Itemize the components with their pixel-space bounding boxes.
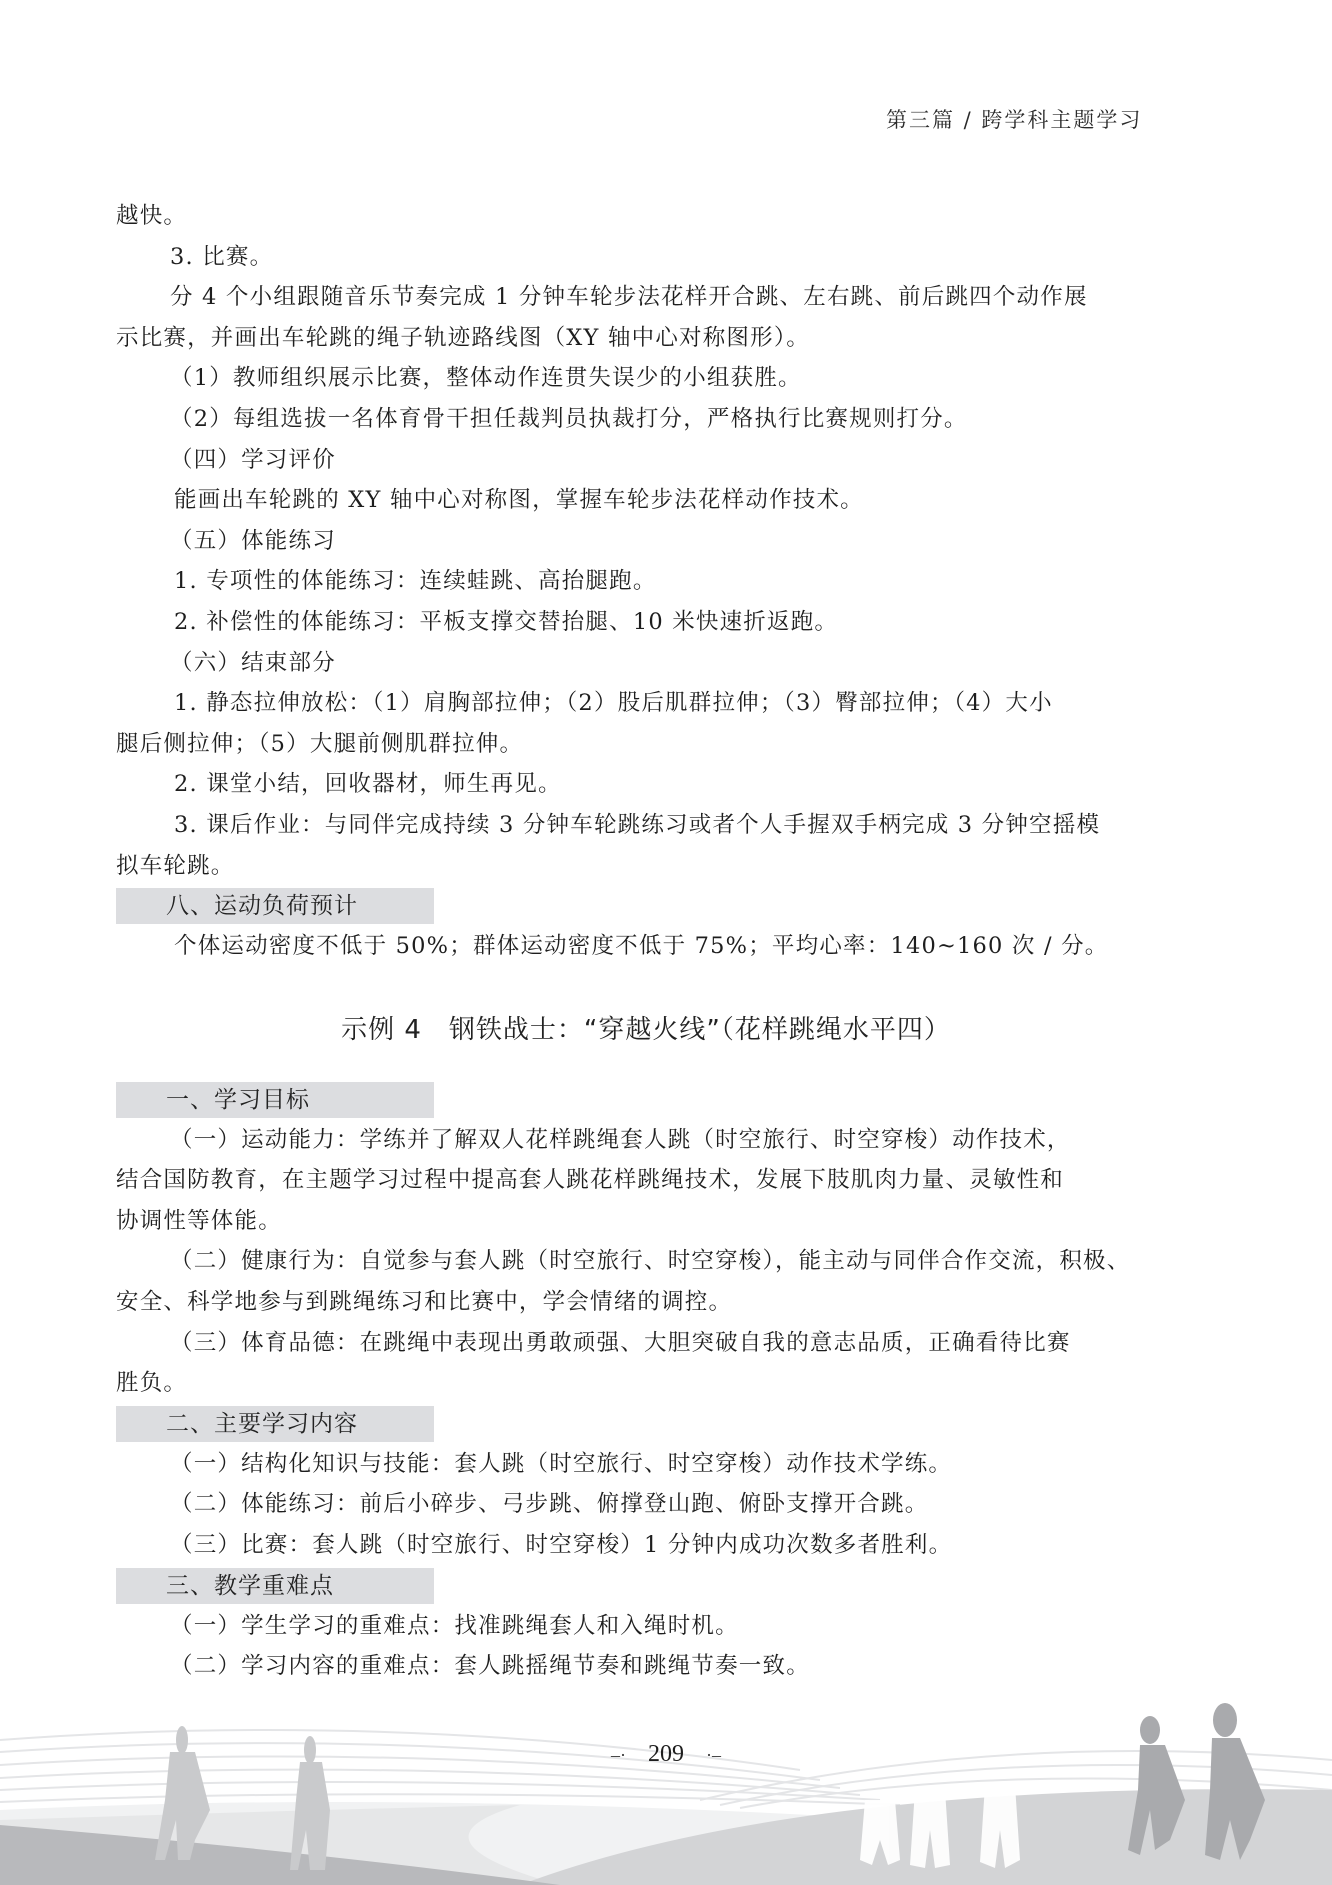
list-item: （一）学生学习的重难点：找准跳绳套人和入绳时机。 (116, 1606, 1176, 1647)
page-number-value: 209 (648, 1741, 684, 1767)
page-content: 越快。 3. 比赛。 分 4 个小组跟随音乐节奏完成 1 分钟车轮步法花样开合跳… (116, 196, 1176, 1687)
running-head: 第三篇 / 跨学科主题学习 (886, 104, 1142, 134)
list-item: （二）体能练习：前后小碎步、弓步跳、俯撑登山跑、俯卧支撑开合跳。 (116, 1484, 1176, 1525)
paragraph: 2. 课堂小结，回收器材，师生再见。 (116, 764, 1176, 805)
list-item: （一）结构化知识与技能：套人跳（时空旅行、时空穿梭）动作技术学练。 (116, 1444, 1176, 1485)
paragraph: 越快。 (116, 196, 1176, 237)
paragraph: （2）每组选拔一名体育骨干担任裁判员执裁打分，严格执行比赛规则打分。 (116, 399, 1176, 440)
paragraph: （一）运动能力：学练并了解双人花样跳绳套人跳（时空旅行、时空穿梭）动作技术， (116, 1120, 1176, 1161)
paragraph: 拟车轮跳。 (116, 846, 1176, 887)
subheading: （五）体能练习 (116, 521, 1176, 562)
footer-decoration (0, 1690, 1332, 1885)
paragraph: 3. 课后作业：与同伴完成持续 3 分钟车轮跳练习或者个人手握双手柄完成 3 分… (116, 805, 1176, 846)
paragraph: 安全、科学地参与到跳绳练习和比赛中，学会情绪的调控。 (116, 1282, 1176, 1323)
section-heading-goals: 一、学习目标 (116, 1082, 434, 1118)
paragraph: 2. 补偿性的体能练习：平板支撑交替抬腿、10 米快速折返跑。 (116, 602, 1176, 643)
section-heading-load: 八、运动负荷预计 (116, 888, 434, 924)
example-title: 示例 4 钢铁战士：“穿越火线”（花样跳绳水平四） (116, 1009, 1176, 1046)
paragraph: 能画出车轮跳的 XY 轴中心对称图，掌握车轮步法花样动作技术。 (116, 480, 1176, 521)
paragraph: 1. 专项性的体能练习：连续蛙跳、高抬腿跑。 (116, 561, 1176, 602)
paragraph: 胜负。 (116, 1363, 1176, 1404)
paragraph: 个体运动密度不低于 50%；群体运动密度不低于 75%；平均心率：140~160… (116, 926, 1176, 967)
page-dash-left: –· (589, 1745, 648, 1765)
paragraph: （三）体育品德：在跳绳中表现出勇敢顽强、大胆突破自我的意志品质，正确看待比赛 (116, 1323, 1176, 1364)
paragraph: 3. 比赛。 (116, 237, 1176, 278)
paragraph: （二）健康行为：自觉参与套人跳（时空旅行、时空穿梭），能主动与同伴合作交流，积极… (116, 1241, 1176, 1282)
subheading: （六）结束部分 (116, 643, 1176, 684)
list-item: （三）比赛：套人跳（时空旅行、时空穿梭）1 分钟内成功次数多者胜利。 (116, 1525, 1176, 1566)
paragraph: 示比赛，并画出车轮跳的绳子轨迹路线图（XY 轴中心对称图形）。 (116, 318, 1176, 359)
page-number: –·209·– (0, 1741, 1332, 1768)
paragraph: 腿后侧拉伸；（5）大腿前侧肌群拉伸。 (116, 724, 1176, 765)
paragraph: 结合国防教育，在主题学习过程中提高套人跳花样跳绳技术，发展下肢肌肉力量、灵敏性和 (116, 1160, 1176, 1201)
paragraph: 分 4 个小组跟随音乐节奏完成 1 分钟车轮步法花样开合跳、左右跳、前后跳四个动… (116, 277, 1176, 318)
section-heading-content: 二、主要学习内容 (116, 1406, 434, 1442)
paragraph: 协调性等体能。 (116, 1201, 1176, 1242)
list-item: （二）学习内容的重难点：套人跳摇绳节奏和跳绳节奏一致。 (116, 1646, 1176, 1687)
subheading: （四）学习评价 (116, 440, 1176, 481)
page-dash-right: ·– (684, 1745, 743, 1765)
section-heading-difficulty: 三、教学重难点 (116, 1568, 434, 1604)
paragraph: （1）教师组织展示比赛，整体动作连贯失误少的小组获胜。 (116, 358, 1176, 399)
paragraph: 1. 静态拉伸放松：（1）肩胸部拉伸；（2）股后肌群拉伸；（3）臀部拉伸；（4）… (116, 683, 1176, 724)
